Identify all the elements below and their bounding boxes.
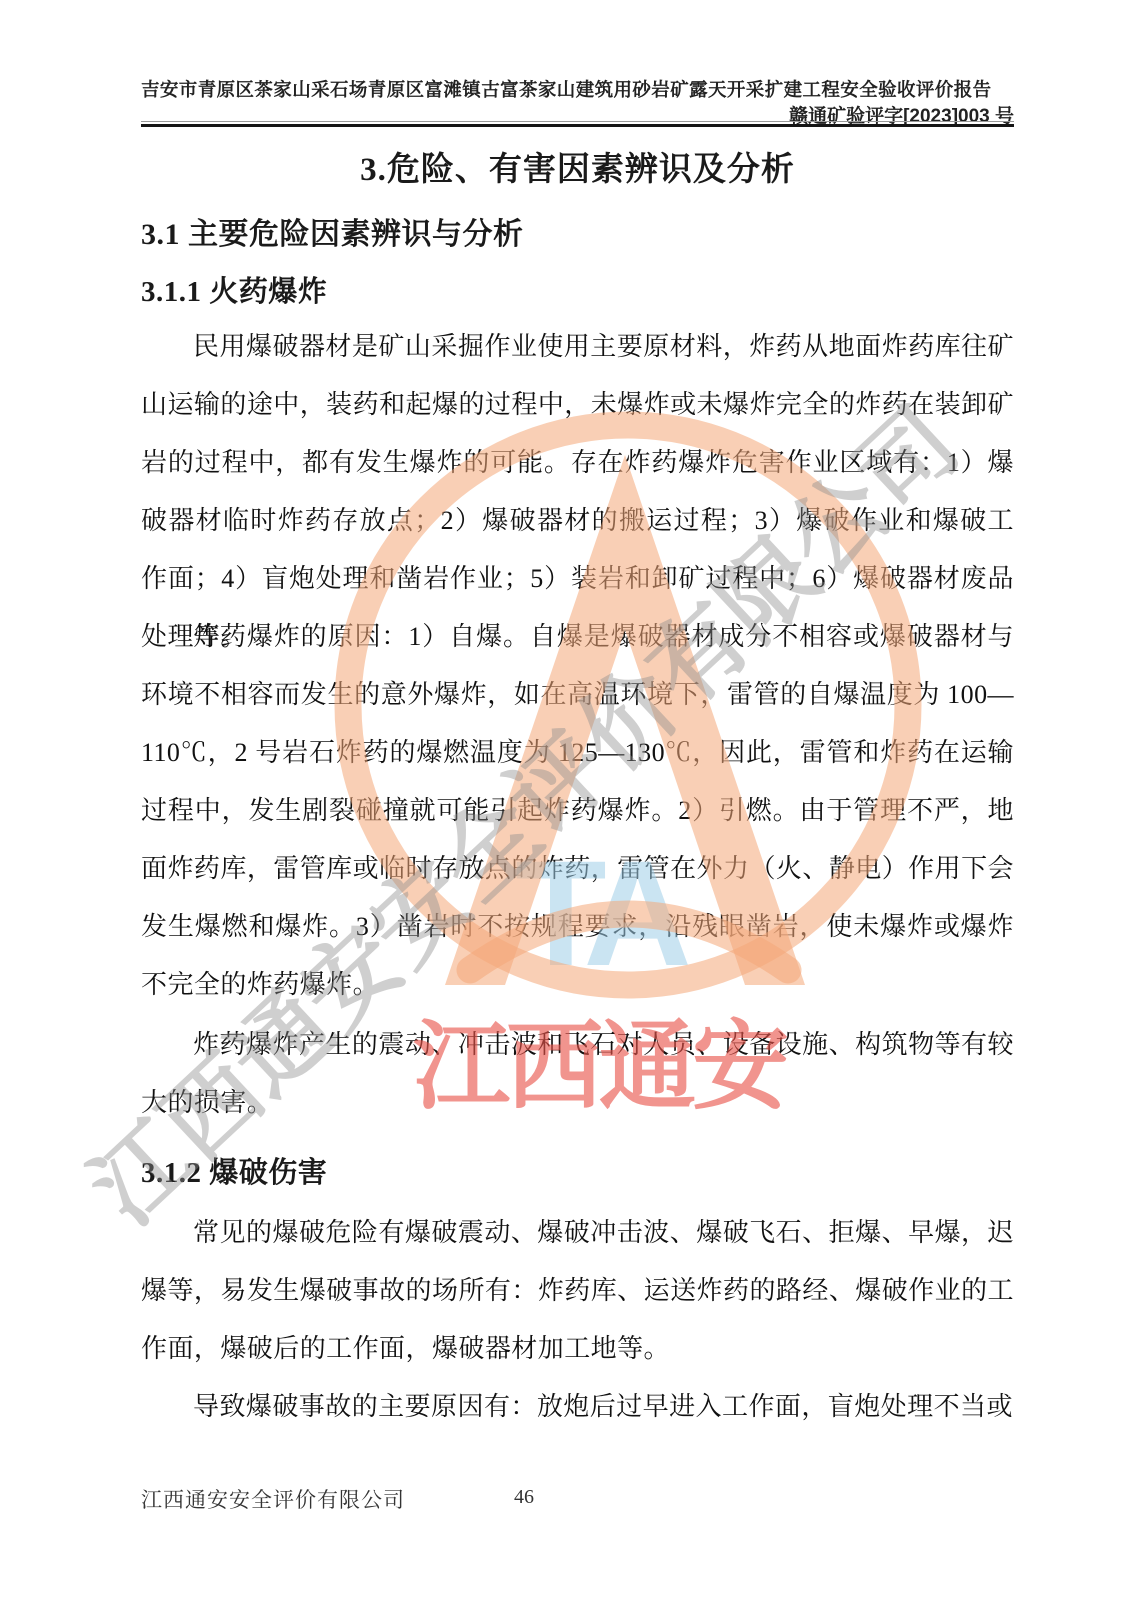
paragraph-explosion-causes: 炸药爆炸的原因：1）自爆。自爆是爆破器材成分不相容或爆破器材与环境不相容而发生的… [141, 608, 1014, 1014]
header-rule [141, 121, 1014, 127]
section-heading-3-1: 3.1 主要危险因素辨识与分析 [141, 209, 524, 253]
footer-page-number: 46 [514, 1486, 534, 1509]
section-heading-3-1-1: 3.1.1 火药爆炸 [141, 269, 327, 310]
paragraph-explosion-damage: 炸药爆炸产生的震动、冲击波和飞石对人员、设备设施、构筑物等有较大的损害。 [141, 1016, 1014, 1132]
footer-company-name: 江西通安安全评价有限公司 [141, 1484, 405, 1514]
header-report-title: 吉安市青原区茶家山采石场青原区富滩镇古富茶家山建筑用砂岩矿露天开采扩建工程安全验… [141, 76, 1014, 102]
paragraph-blasting-accident-causes: 导致爆破事故的主要原因有：放炮后过早进入工作面，盲炮处理不当或 [141, 1378, 1014, 1436]
section-heading-3-1-2: 3.1.2 爆破伤害 [141, 1150, 327, 1191]
page-title: 3.危险、有害因素辨识及分析 [141, 143, 1014, 190]
paragraph-blasting-hazards: 常见的爆破危险有爆破震动、爆破冲击波、爆破飞石、拒爆、早爆，迟爆等，易发生爆破事… [141, 1204, 1014, 1378]
document-page: TA 吉安市青原区茶家山采石场青原区富滩镇古富茶家山建筑用砂岩矿露天开采扩建工程… [0, 0, 1131, 1600]
